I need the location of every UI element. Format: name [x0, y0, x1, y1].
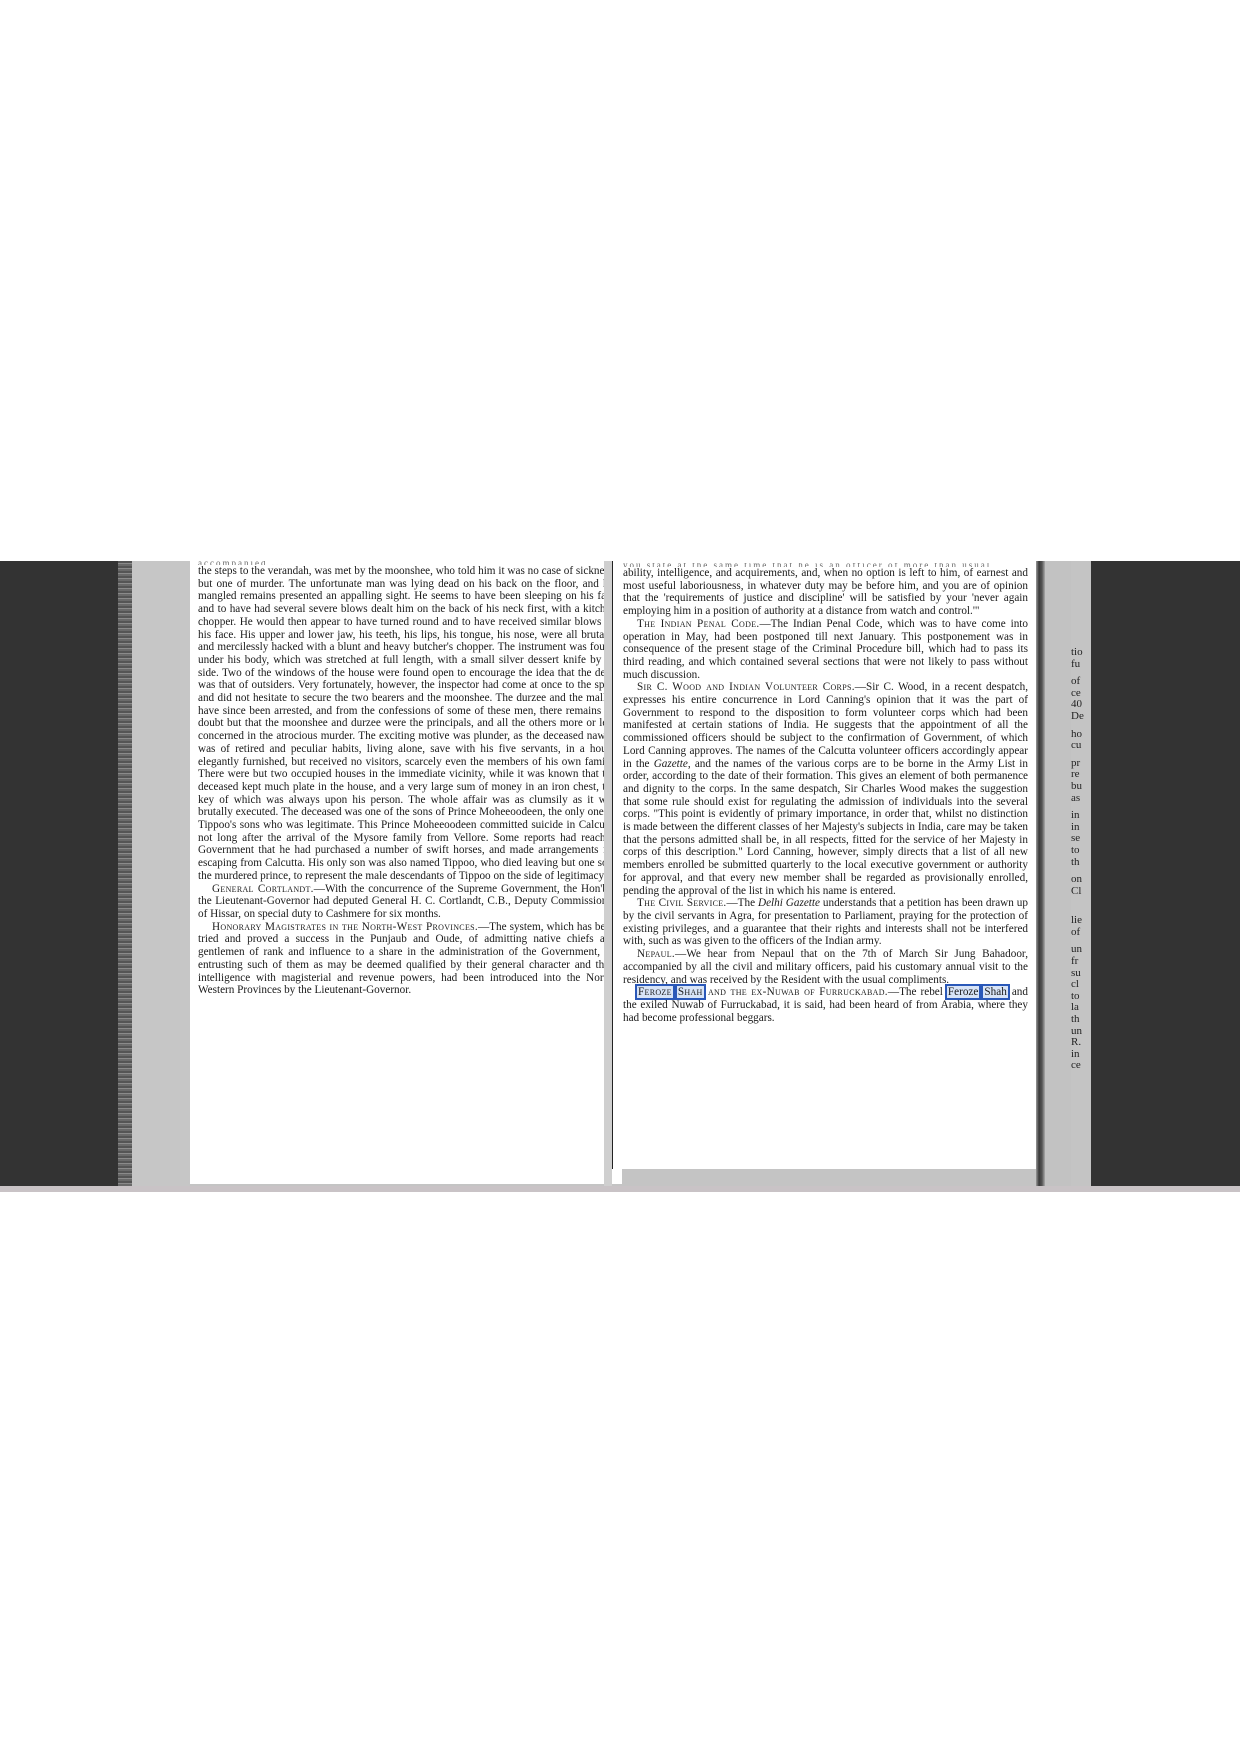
next-page-text: Cl	[1071, 886, 1091, 898]
next-page-text: th	[1071, 1014, 1091, 1026]
search-highlight[interactable]: Shah	[677, 986, 704, 998]
next-page-text: to	[1071, 845, 1091, 857]
next-page-fragment: tiofu ofce40De hocu prrebuas ininsetoth …	[1071, 561, 1091, 1192]
scanned-spread: accompanied ... the steps to the veranda…	[118, 561, 1091, 1192]
section-heading: General Cortlandt.	[212, 883, 314, 895]
next-page-text: th	[1071, 857, 1091, 869]
search-highlight[interactable]: Feroze	[947, 986, 979, 998]
section-heading: and the ex-Nuwab of Furruckabad.	[704, 986, 888, 998]
paragraph-nepaul: Nepaul.—We hear from Nepaul that on the …	[623, 948, 1028, 986]
right-column: you state at the same time that he is an…	[612, 561, 1036, 1169]
next-page-text: as	[1071, 793, 1091, 805]
search-highlight[interactable]: Shah	[983, 986, 1007, 998]
next-page-text: ce	[1071, 1060, 1091, 1072]
column-gutter	[604, 561, 612, 1192]
scan-viewer: accompanied ... the steps to the veranda…	[0, 561, 1240, 1192]
next-page-text: tio	[1071, 647, 1091, 659]
section-heading: Honorary Magistrates in the North-West P…	[212, 921, 478, 933]
left-column: accompanied ... the steps to the veranda…	[190, 561, 622, 1184]
binding-edge	[118, 561, 132, 1192]
paragraph-volunteer-corps: Sir C. Wood and Indian Volunteer Corps.—…	[623, 681, 1028, 897]
paragraph-penal-code: The Indian Penal Code.—The Indian Penal …	[623, 618, 1028, 682]
paragraph-feroze-shah: Feroze Shah and the ex-Nuwab of Furrucka…	[623, 986, 1028, 1024]
section-heading: The Indian Penal Code.	[637, 618, 759, 630]
band-bottom-edge	[0, 1186, 1240, 1192]
next-page-text: fu	[1071, 659, 1091, 671]
next-page-text: of	[1071, 927, 1091, 939]
paragraph-civil-service: The Civil Service.—The Delhi Gazette und…	[623, 897, 1028, 948]
next-page-text: on	[1071, 874, 1091, 886]
search-highlight[interactable]: Feroze	[637, 986, 673, 998]
left-margin	[132, 561, 190, 1192]
paragraph-honorary-magistrates: Honorary Magistrates in the North-West P…	[198, 921, 616, 997]
next-page-text: bu	[1071, 781, 1091, 793]
next-page-text: fr	[1071, 956, 1091, 968]
next-page-text: in	[1071, 810, 1091, 822]
next-page-text: cu	[1071, 740, 1091, 752]
page-spine	[1036, 561, 1045, 1192]
section-heading: The Civil Service.	[637, 897, 726, 909]
section-heading: Sir C. Wood and Indian Volunteer Corps.	[637, 681, 855, 693]
section-heading: Nepaul.	[637, 948, 675, 960]
next-page-text: De	[1071, 711, 1091, 723]
paragraph-general-cortlandt: General Cortlandt.—With the concurrence …	[198, 883, 616, 921]
right-margin	[1045, 561, 1071, 1192]
paragraph-murder: the steps to the verandah, was met by th…	[198, 565, 616, 883]
paragraph-quote: ability, intelligence, and acquirements,…	[623, 567, 1028, 618]
